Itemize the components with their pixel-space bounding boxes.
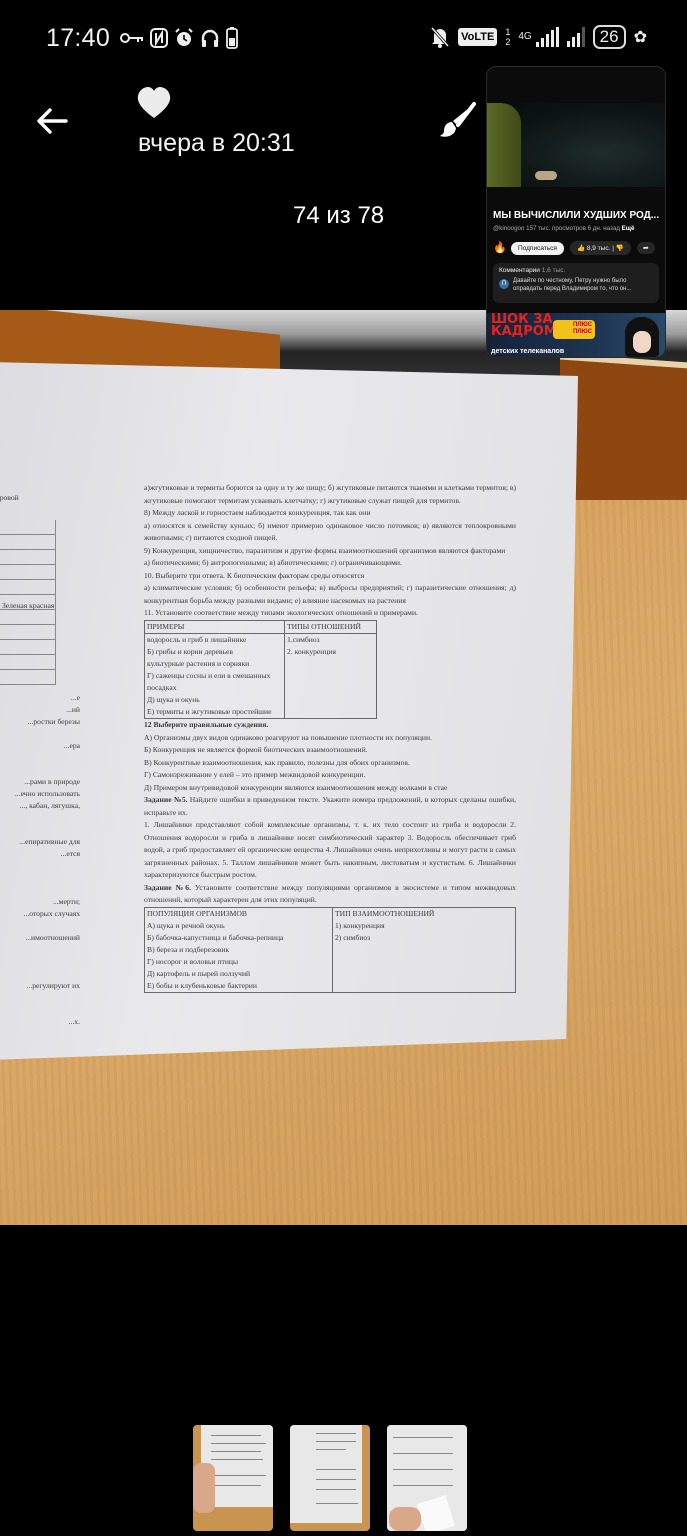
pip-video-frame[interactable]: [487, 103, 666, 187]
photo-viewer[interactable]: ...ровой Зеленая красная ...е ...ий ...р…: [0, 310, 687, 1225]
worksheet-text: а)жгутиковые и термиты борются за одну и…: [144, 482, 516, 993]
desk-edge-right: [560, 353, 687, 512]
signal-sim1-icon: [536, 27, 559, 47]
subscribe-button[interactable]: Подписаться: [511, 242, 564, 255]
status-right-icons: VoLTE 12 4G 26 ✿: [430, 25, 647, 49]
banner-character: [625, 317, 659, 357]
banner-badge: ПЛЮС ПЛЮС: [553, 320, 595, 339]
back-button[interactable]: [30, 100, 74, 144]
mute-icon: [430, 26, 450, 48]
photo-date: вчера в 20:31: [138, 129, 295, 158]
video-actions: 🔥 Подписаться 👍 8,9 тыс. | 👎 ➦: [493, 241, 655, 255]
comments-label: Комментарии: [499, 267, 540, 274]
heart-icon: [136, 86, 172, 120]
alarm-icon: [174, 28, 194, 48]
sim-numbers: 12: [505, 27, 510, 47]
status-time: 17:40: [46, 24, 110, 53]
banner-subline: детских телеканалов: [491, 348, 564, 355]
status-left-icons: [120, 27, 238, 49]
thumbnail-strip: [193, 1425, 467, 1531]
thumbnail-3[interactable]: [387, 1425, 467, 1531]
thumbs-down-icon: 👎: [616, 245, 624, 252]
eco-leaf-icon: ✿: [634, 27, 647, 47]
thumbnail-1[interactable]: [193, 1425, 273, 1531]
relations-table: ПРИМЕРЫТИПЫ ОТНОШЕНИЙ водоросль и гриб в…: [144, 620, 377, 720]
volte-icon: VoLTE: [458, 28, 497, 46]
like-button[interactable]: 👍 8,9 тыс. | 👎: [570, 241, 631, 255]
share-button[interactable]: ➦: [637, 242, 655, 254]
edit-button[interactable]: [436, 100, 478, 142]
thumbnail-2-selected[interactable]: [290, 1425, 370, 1531]
populations-table: ПОПУЛЯЦИЯ ОРГАНИЗМОВ А) щука и речной ок…: [144, 907, 516, 993]
battery-icon: 26: [593, 25, 626, 49]
vpn-key-icon: [120, 31, 144, 45]
pip-video-player[interactable]: МЫ ВЫЧИСЛИЛИ ХУДШИХ РОД... @kinoogon 157…: [486, 66, 666, 358]
video-title[interactable]: МЫ ВЫЧИСЛИЛИ ХУДШИХ РОД...: [493, 210, 659, 221]
signal-sim2-icon: [567, 27, 585, 47]
comment-text: Давайте по честному, Петру нужно было оп…: [513, 277, 653, 293]
banner-headline: ШОК ЗА КАДРОМ: [491, 314, 553, 338]
thumbs-up-icon: 👍: [577, 245, 585, 252]
brush-icon: [436, 100, 478, 142]
promo-banner[interactable]: ШОК ЗА КАДРОМ ПЛЮС ПЛЮС детских телекана…: [487, 313, 666, 358]
more-link[interactable]: Ещё: [622, 225, 635, 232]
video-meta: @kinoogon 157 тыс. просмотров 6 дн. наза…: [493, 225, 634, 232]
comment-avatar: П: [499, 279, 509, 289]
worksheet-paper: ...ровой Зеленая красная ...е ...ий ...р…: [0, 362, 578, 1060]
network-type: 4G: [518, 32, 531, 42]
channel-logo-icon[interactable]: 🔥: [493, 241, 505, 255]
battery-saver-icon: [226, 27, 238, 49]
share-icon: ➦: [643, 245, 649, 252]
comments-count: 1,6 тыс.: [542, 267, 566, 274]
nfc-icon: [150, 28, 168, 48]
favorite-button[interactable]: [136, 86, 174, 122]
headphones-icon: [200, 28, 220, 48]
arrow-left-icon: [30, 100, 74, 144]
photo-counter: 74 из 78: [293, 202, 384, 230]
comments-preview[interactable]: Комментарии 1,6 тыс. П Давайте по честно…: [493, 263, 659, 303]
